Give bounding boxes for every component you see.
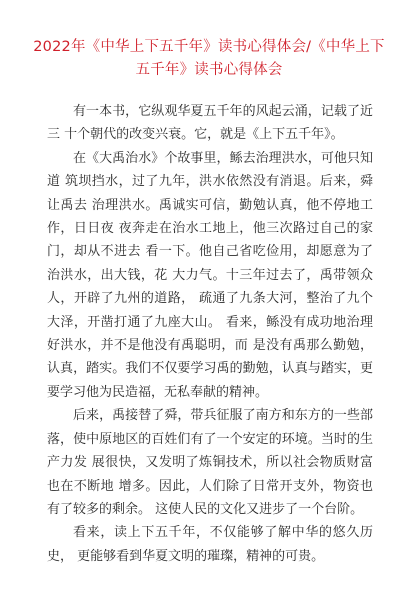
- paragraph-yu-succession: 后来，禹接替了舜，带兵征服了南方和东方的一些部落，使中原地区的百姓们有了一个安定…: [47, 404, 373, 521]
- document-title: 2022年《中华上下五千年》读书心得体会/《中华上下五千年》读书心得体会: [30, 36, 388, 82]
- paragraph-conclusion: 看来，读上下五千年，不仅能够了解中华的悠久历史， 更能够看到华夏文明的璀璨，精神…: [47, 521, 373, 568]
- paragraph-intro: 有一本书，它纵观华夏五千年的风起云涌，记载了近三 十个朝代的改变兴衰。它，就是《…: [47, 100, 373, 147]
- document-page: 2022年《中华上下五千年》读书心得体会/《中华上下五千年》读书心得体会 有一本…: [0, 0, 418, 600]
- paragraph-dayu-zhishui: 在《大禹治水》个故事里，鲧去治理洪水，可他只知道 筑坝挡水，过了九年，洪水依然没…: [47, 147, 373, 404]
- document-body: 有一本书，它纵观华夏五千年的风起云涌，记载了近三 十个朝代的改变兴衰。它，就是《…: [47, 100, 373, 568]
